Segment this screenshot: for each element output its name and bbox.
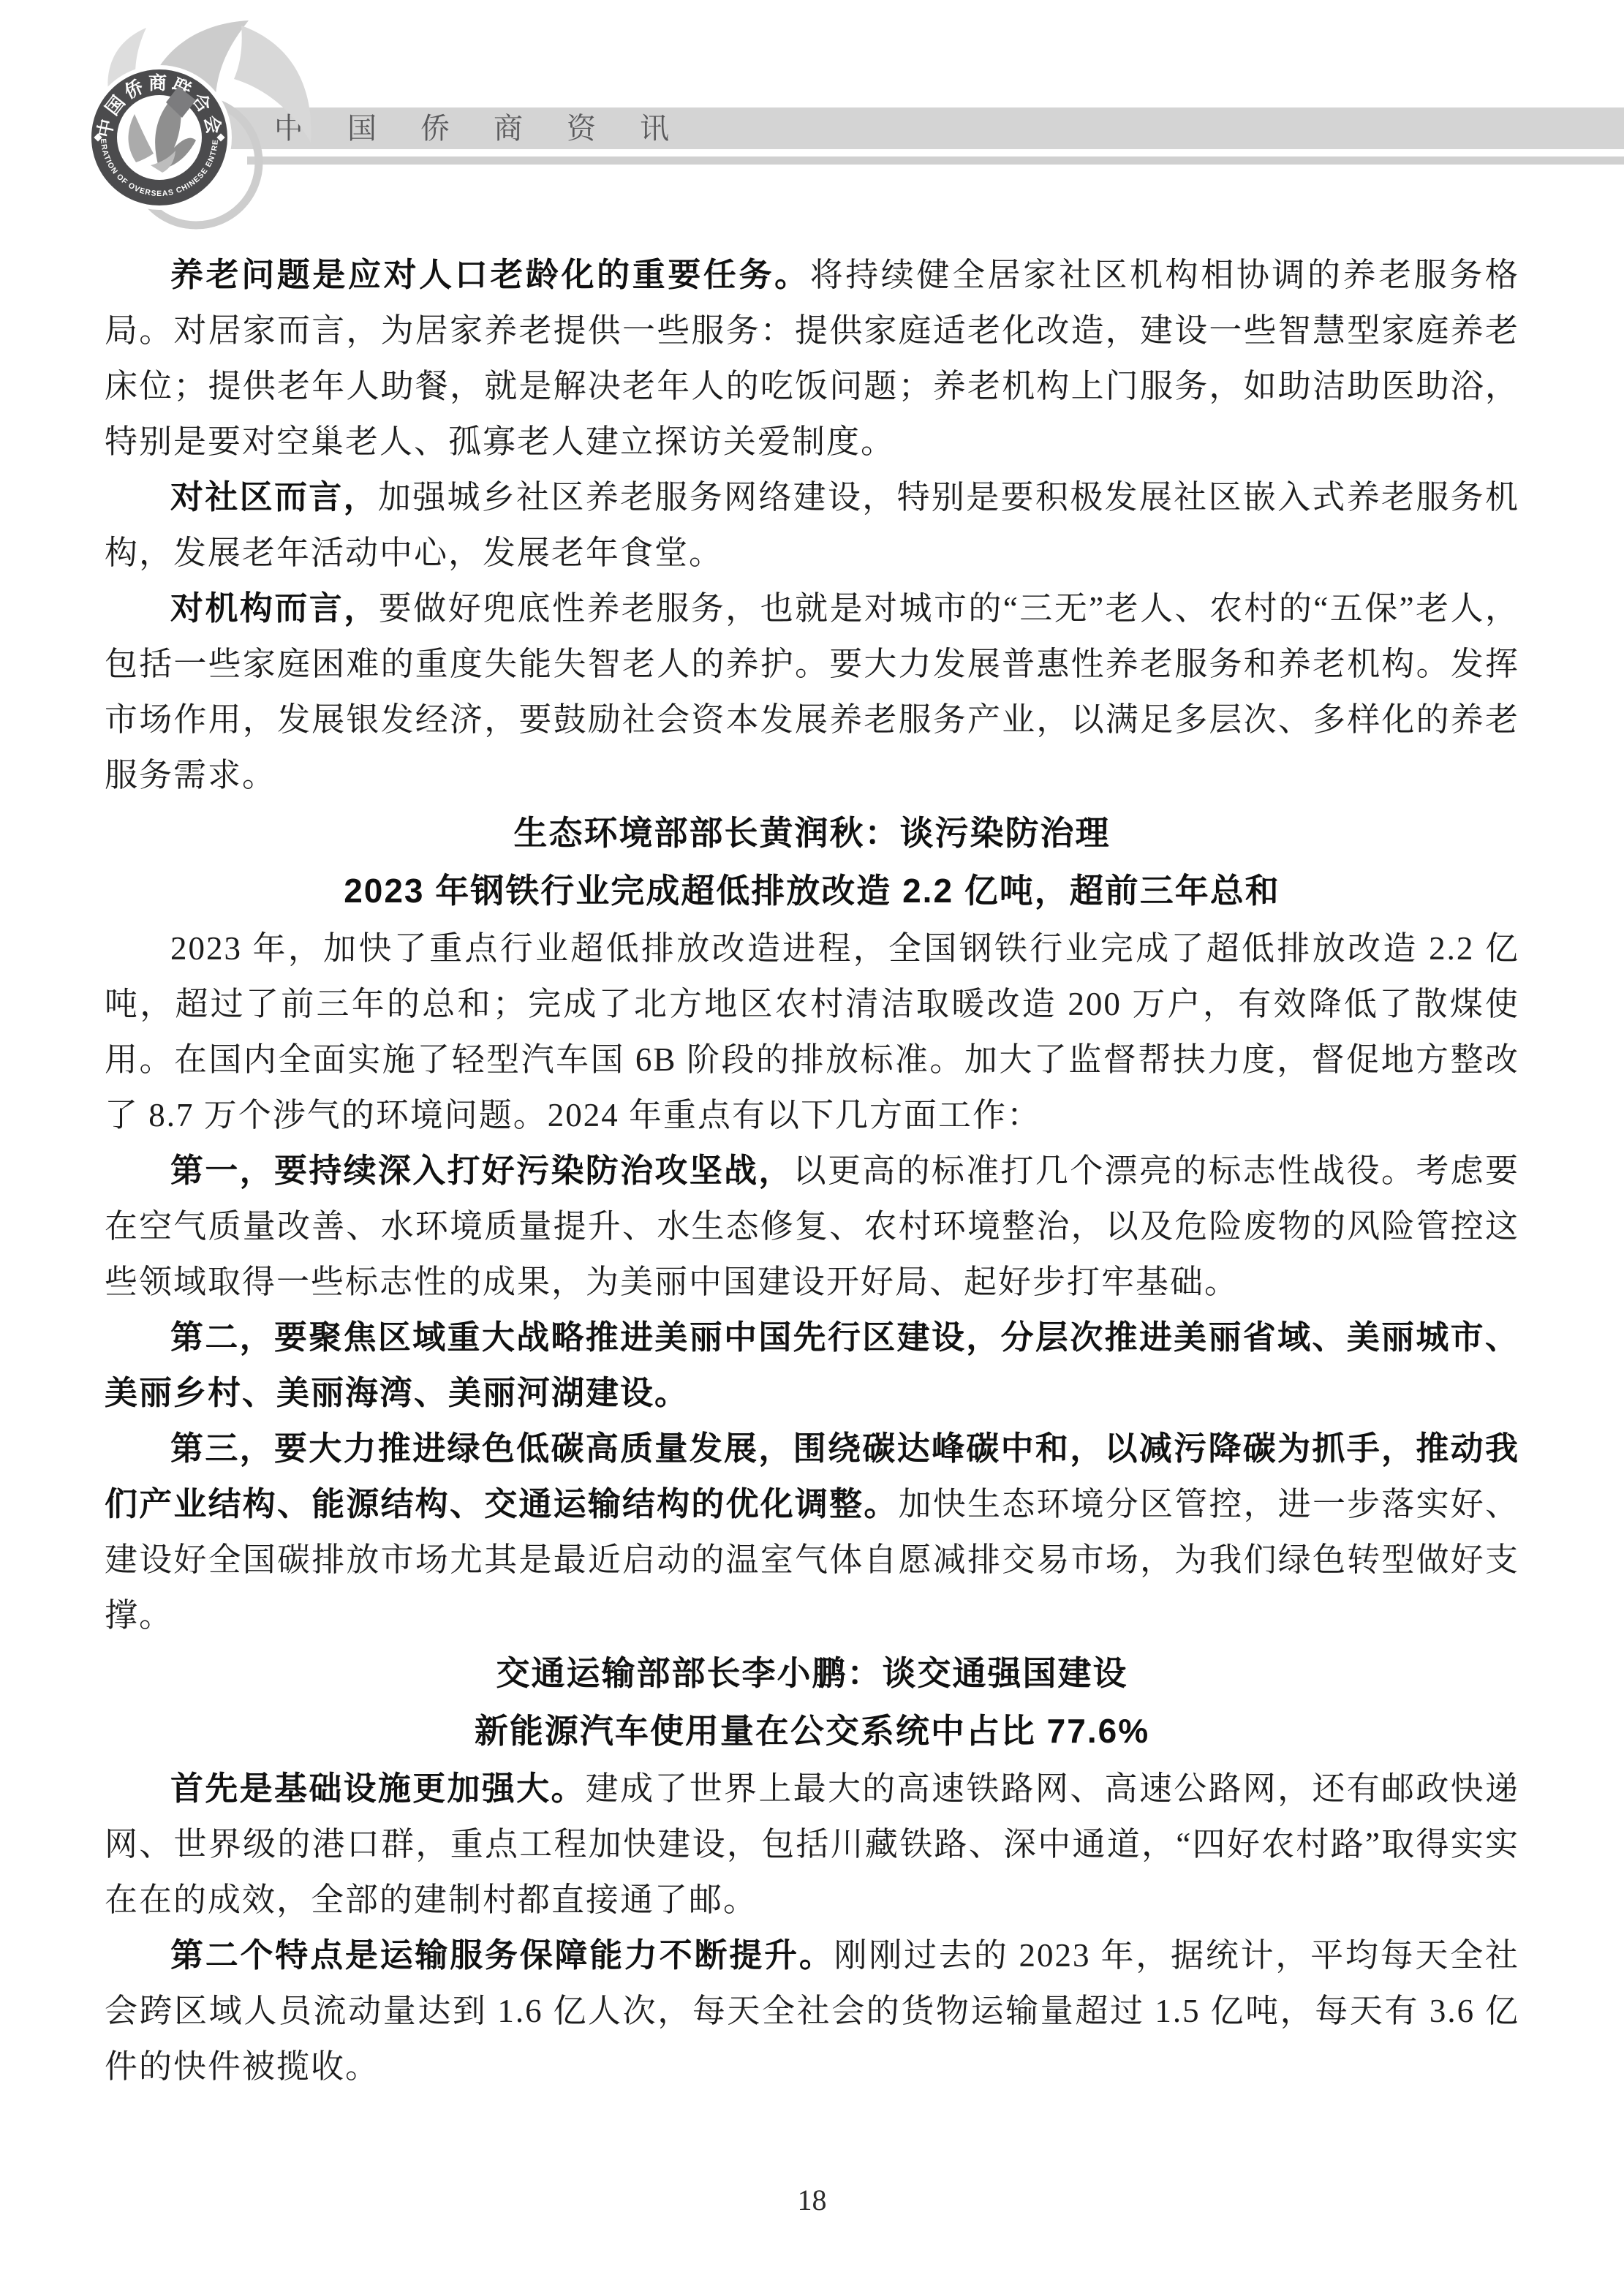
paragraph-lead: 养老问题是应对人口老龄化的重要任务。 xyxy=(170,257,810,293)
paragraph-lead: 第二个特点是运输服务保障能力不断提升。 xyxy=(170,1937,834,1974)
paragraph-lead: 对社区而言， xyxy=(170,479,378,516)
section-heading: 生态环境部部长黄润秋：谈污染防治理 xyxy=(105,805,1519,861)
section-heading: 新能源汽车使用量在公交系统中占比 77.6% xyxy=(105,1703,1519,1759)
body-paragraph: 第一，要持续深入打好污染防治攻坚战，以更高的标准打几个漂亮的标志性战役。考虑要在… xyxy=(105,1143,1519,1310)
page-number: 18 xyxy=(0,2183,1624,2217)
body-paragraph: 养老问题是应对人口老龄化的重要任务。将持续健全居家社区机构相协调的养老服务格局。… xyxy=(105,247,1519,469)
paragraph-lead: 第二，要聚焦区域重大战略推进美丽中国先行区建设，分层次推进美丽省域、美丽城市、美… xyxy=(105,1319,1519,1411)
section-heading: 2023 年钢铁行业完成超低排放改造 2.2 亿吨，超前三年总和 xyxy=(105,863,1519,918)
body-paragraph: 2023 年，加快了重点行业超低排放改造进程，全国钢铁行业完成了超低排放改造 2… xyxy=(105,921,1519,1143)
paragraph-lead: 对机构而言， xyxy=(170,590,379,627)
body-paragraph: 首先是基础设施更加强大。建成了世界上最大的高速铁路网、高速公路网，还有邮政快递网… xyxy=(105,1761,1519,1928)
header-thin-bar xyxy=(247,156,1624,165)
body-paragraph: 第二，要聚焦区域重大战略推进美丽中国先行区建设，分层次推进美丽省域、美丽城市、美… xyxy=(105,1310,1519,1421)
section-heading: 交通运输部部长李小鹏：谈交通强国建设 xyxy=(105,1645,1519,1701)
body-paragraph: 第二个特点是运输服务保障能力不断提升。刚刚过去的 2023 年，据统计，平均每天… xyxy=(105,1928,1519,2094)
paragraph-lead: 第一，要持续深入打好污染防治攻坚战， xyxy=(170,1152,793,1189)
body-paragraph: 对社区而言，加强城乡社区养老服务网络建设，特别是要积极发展社区嵌入式养老服务机构… xyxy=(105,469,1519,581)
body-paragraph: 对机构而言，要做好兜底性养老服务，也就是对城市的“三无”老人、农村的“五保”老人… xyxy=(105,581,1519,803)
body-paragraph: 第三，要大力推进绿色低碳高质量发展，围绕碳达峰碳中和，以减污降碳为抓手，推动我们… xyxy=(105,1421,1519,1643)
paragraph-text: 2023 年，加快了重点行业超低排放改造进程，全国钢铁行业完成了超低排放改造 2… xyxy=(105,930,1519,1133)
paragraph-lead: 首先是基础设施更加强大。 xyxy=(170,1770,586,1807)
article-body: 养老问题是应对人口老龄化的重要任务。将持续健全居家社区机构相协调的养老服务格局。… xyxy=(105,247,1519,2094)
document-page: 中国侨商资讯 中国侨商联合会 CHINA FEDERATION OF xyxy=(0,0,1624,2272)
